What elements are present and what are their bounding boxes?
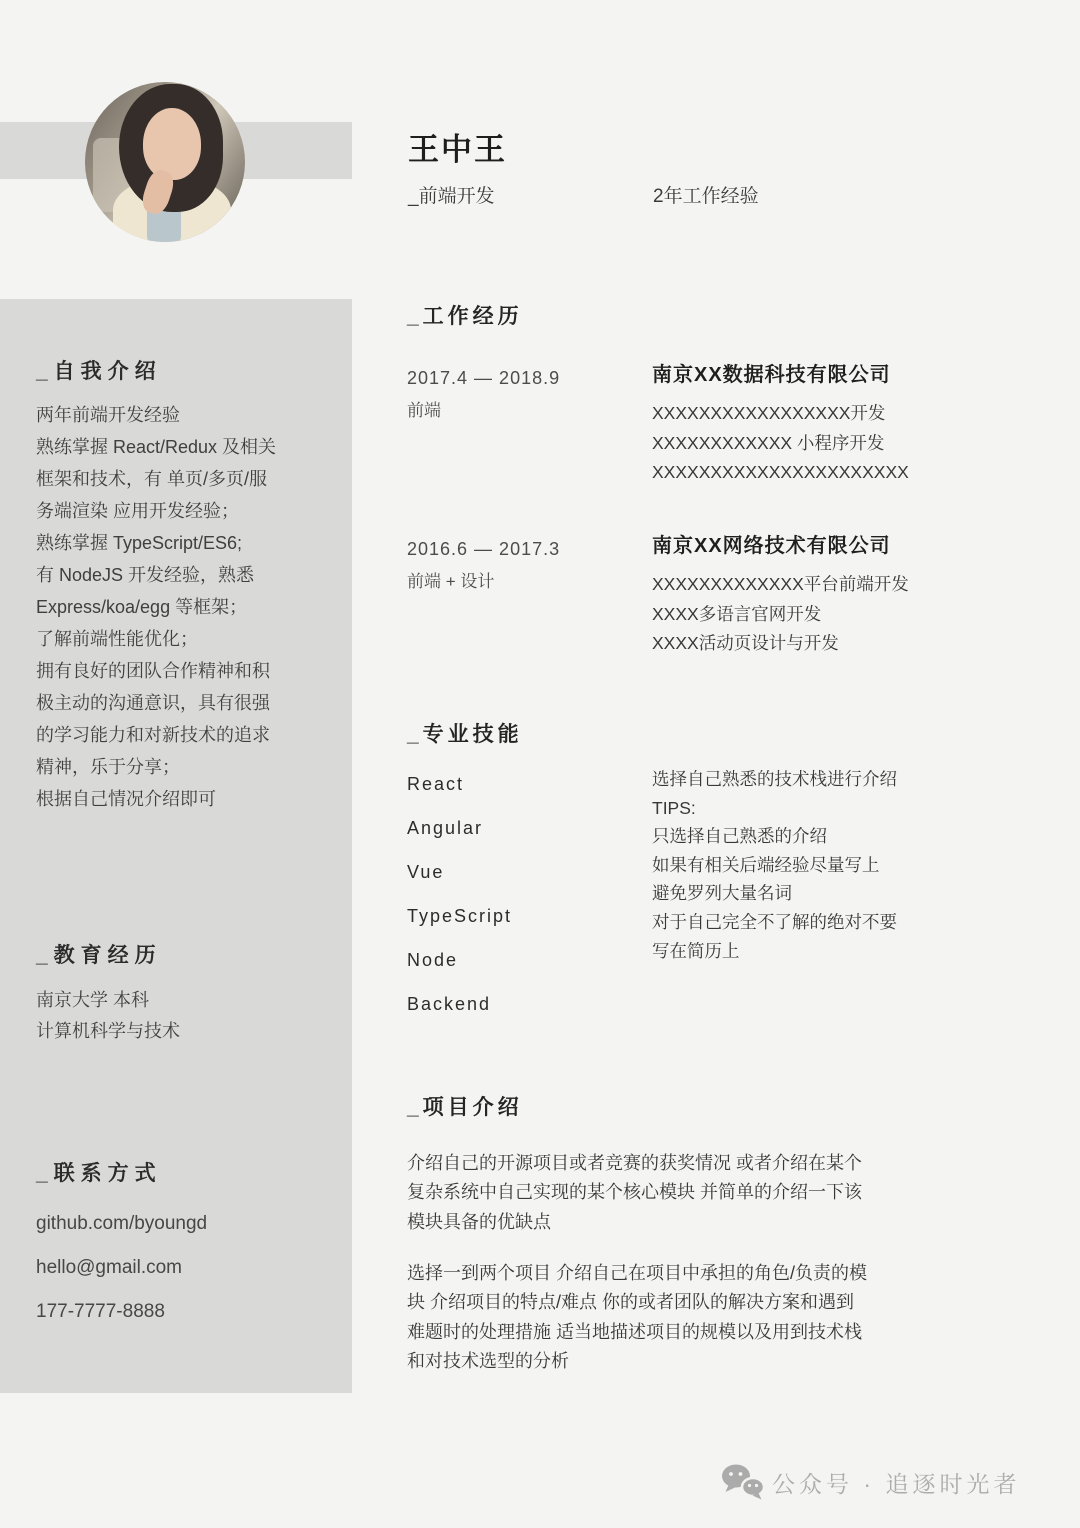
about-line: 熟练掌握 TypeScript/ES6; — [36, 527, 276, 559]
projects-line: 难题时的处理措施 适当地描述项目的规模以及用到技术栈 — [407, 1318, 867, 1347]
projects-line: 和对技术选型的分析 — [407, 1347, 867, 1376]
skills-tip-line: 如果有相关后端经验尽量写上 — [652, 851, 897, 880]
contact-github: github.com/byoungd — [36, 1202, 207, 1246]
candidate-name: 王中王 — [408, 130, 507, 170]
work-entry-role: 前端 + 设计 — [407, 570, 494, 593]
projects-line: 选择一到两个项目 介绍自己在项目中承担的角色/负责的模 — [407, 1259, 867, 1288]
projects-line: 复杂系统中自己实现的某个核心模块 并简单的介绍一下该 — [407, 1178, 862, 1207]
contact-heading: _联系方式 — [36, 1157, 162, 1187]
skills-tip-line: 选择自己熟悉的技术栈进行介绍 — [652, 765, 897, 794]
work-entry-company: 南京XX网络技术有限公司 — [652, 532, 891, 560]
skills-list: React Angular Vue TypeScript Node Backen… — [407, 762, 512, 1026]
resume-page: _自我介绍 两年前端开发经验 熟练掌握 React/Redux 及相关 框架和技… — [0, 0, 1080, 1528]
education-heading: _教育经历 — [36, 939, 162, 969]
contact-list: github.com/byoungd hello@gmail.com 177-7… — [36, 1202, 207, 1334]
about-line: 拥有良好的团队合作精神和积 — [36, 655, 276, 687]
about-line: 极主动的沟通意识，具有很强 — [36, 687, 276, 719]
work-entry-details: XXXXXXXXXXXXX平台前端开发 XXXX多语言官网开发 XXXX活动页设… — [652, 570, 909, 659]
sidebar: _自我介绍 两年前端开发经验 熟练掌握 React/Redux 及相关 框架和技… — [0, 299, 352, 1393]
about-heading: _自我介绍 — [36, 355, 162, 385]
skill-item-angular: Angular — [407, 806, 512, 850]
skills-tip-line: 避免罗列大量名词 — [652, 879, 897, 908]
work-entry-period: 2016.6 — 2017.3 — [407, 537, 560, 561]
skills-heading: _专业技能 — [407, 721, 523, 749]
skills-tip-line: 写在简历上 — [652, 937, 897, 966]
projects-paragraph-2: 选择一到两个项目 介绍自己在项目中承担的角色/负责的模 块 介绍项目的特点/难点… — [407, 1259, 867, 1377]
education-major: 计算机科学与技术 — [36, 1016, 180, 1047]
work-detail-line: XXXXXXXXXXXXXXXXXXXXXX — [652, 458, 909, 488]
contact-email: hello@gmail.com — [36, 1246, 207, 1290]
projects-paragraph-1: 介绍自己的开源项目或者竞赛的获奖情况 或者介绍在某个 复杂系统中自己实现的某个核… — [407, 1149, 862, 1237]
education-text: 南京大学 本科 计算机科学与技术 — [36, 985, 180, 1047]
experience-years: 2年工作经验 — [653, 184, 759, 210]
about-line: 有 NodeJS 开发经验，熟悉 — [36, 559, 276, 591]
work-detail-line: XXXXXXXXXXXX 小程序开发 — [652, 429, 909, 459]
about-line: 务端渲染 应用开发经验； — [36, 495, 276, 527]
watermark: 公众号 · 追逐时光者 — [720, 1462, 1020, 1502]
header-title-row: _前端开发 2年工作经验 — [408, 184, 968, 210]
projects-line: 块 介绍项目的特点/难点 你的或者团队的解决方案和遇到 — [407, 1288, 867, 1317]
skill-item-typescript: TypeScript — [407, 894, 512, 938]
skill-item-node: Node — [407, 938, 512, 982]
projects-line: 介绍自己的开源项目或者竞赛的获奖情况 或者介绍在某个 — [407, 1149, 862, 1178]
work-entry-company: 南京XX数据科技有限公司 — [652, 361, 891, 389]
avatar-face — [143, 108, 201, 180]
about-text: 两年前端开发经验 熟练掌握 React/Redux 及相关 框架和技术，有 单页… — [36, 399, 276, 815]
projects-line: 模块具备的优缺点 — [407, 1208, 862, 1237]
skill-item-backend: Backend — [407, 982, 512, 1026]
work-entry-role: 前端 — [407, 399, 441, 422]
about-line: 两年前端开发经验 — [36, 399, 276, 431]
education-school: 南京大学 本科 — [36, 985, 180, 1016]
about-line: 框架和技术，有 单页/多页/服 — [36, 463, 276, 495]
work-entry-details: XXXXXXXXXXXXXXXXX开发 XXXXXXXXXXXX 小程序开发 X… — [652, 399, 909, 488]
about-line: 精神，乐于分享； — [36, 751, 276, 783]
skill-item-vue: Vue — [407, 850, 512, 894]
about-line: 熟练掌握 React/Redux 及相关 — [36, 431, 276, 463]
projects-heading: _项目介绍 — [407, 1094, 523, 1122]
skill-item-react: React — [407, 762, 512, 806]
about-line: 的学习能力和对新技术的追求 — [36, 719, 276, 751]
skills-tip-line: 对于自己完全不了解的绝对不要 — [652, 908, 897, 937]
watermark-label: 公众号 · 追逐时光者 — [772, 1466, 1020, 1499]
job-title: _前端开发 — [408, 186, 495, 207]
work-entry-period: 2017.4 — 2018.9 — [407, 366, 560, 390]
about-line: 了解前端性能优化； — [36, 623, 276, 655]
wechat-icon — [720, 1463, 766, 1501]
work-detail-line: XXXX活动页设计与开发 — [652, 629, 909, 659]
work-detail-line: XXXX多语言官网开发 — [652, 600, 909, 630]
work-detail-line: XXXXXXXXXXXXXXXXX开发 — [652, 399, 909, 429]
contact-phone: 177-7777-8888 — [36, 1290, 207, 1334]
skills-tip-line: TIPS: — [652, 794, 897, 823]
profile-photo — [85, 82, 245, 242]
about-line: 根据自己情况介绍即可 — [36, 783, 276, 815]
skills-tip-line: 只选择自己熟悉的介绍 — [652, 822, 897, 851]
work-heading: _工作经历 — [407, 303, 523, 331]
about-line: Express/koa/egg 等框架； — [36, 591, 276, 623]
skills-tips: 选择自己熟悉的技术栈进行介绍 TIPS: 只选择自己熟悉的介绍 如果有相关后端经… — [652, 765, 897, 965]
work-detail-line: XXXXXXXXXXXXX平台前端开发 — [652, 570, 909, 600]
